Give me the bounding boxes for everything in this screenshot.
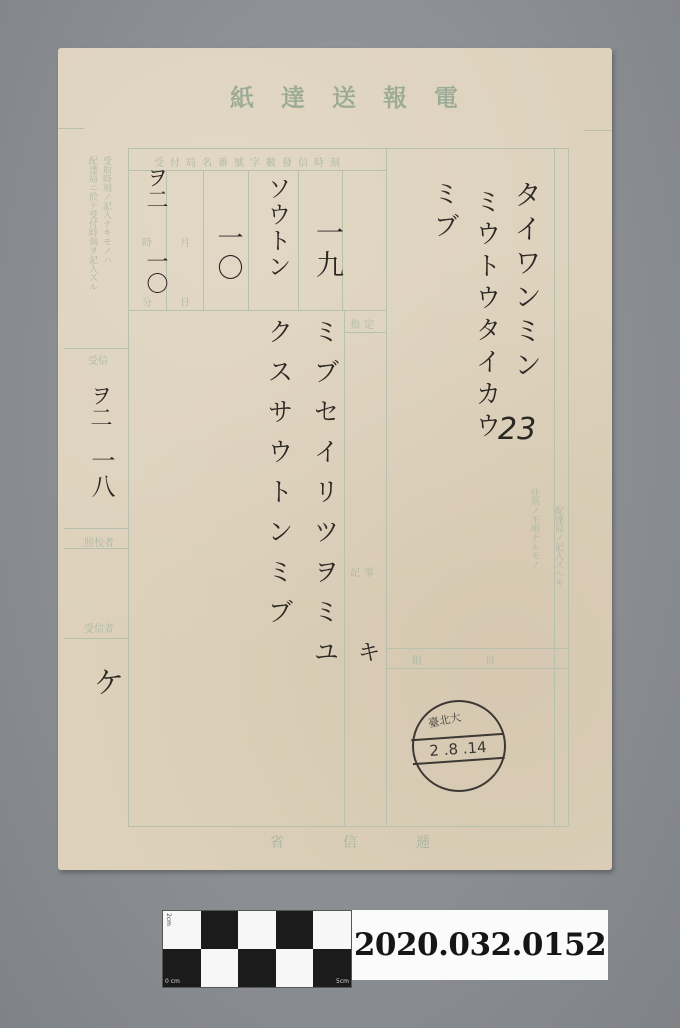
right-panel-note: 住所ノ不明ナルモノ: [528, 488, 539, 608]
handwritten-word-count: 一九: [308, 218, 348, 282]
collation-bottom-line: [64, 548, 128, 549]
title-char: 達: [281, 78, 307, 113]
handwritten-address-number: 23: [498, 412, 536, 447]
handwritten-message-line-2: クスサウトンミブ: [260, 318, 297, 638]
postmark-stamp: 臺北大 2 .8 .14: [412, 700, 506, 792]
handwritten-message-line-1: ミブセイリツヲミユ: [306, 318, 343, 678]
label-designation: 指定: [350, 316, 378, 331]
attachment-bottom-line: [386, 668, 568, 669]
footer-char: 信: [343, 832, 357, 852]
handwritten-address-line-3: ミブ: [426, 180, 463, 244]
photo-scale-bar: 0 cm 5cm 2cm: [162, 910, 352, 988]
label-hour: 時: [142, 234, 152, 249]
label-minute: 分: [142, 294, 152, 309]
header-bottom-line: [128, 310, 386, 311]
handwritten-address-line-2: ミウトウタイカウ: [468, 188, 505, 444]
attachment-top-line: [386, 648, 568, 649]
handwritten-receipt-minute: 一八: [84, 448, 119, 500]
scale-square: [313, 911, 351, 949]
label-month: 月: [180, 234, 190, 249]
scale-square: [238, 949, 276, 987]
form-title: 紙 達 送 報 電: [230, 78, 460, 113]
scale-square: [276, 911, 314, 949]
catalog-number: 2020.032.0152: [354, 927, 606, 963]
designation-line: [344, 332, 386, 333]
frame-top: [128, 148, 568, 149]
scale-square: [201, 911, 239, 949]
title-char: 報: [383, 78, 409, 113]
scale-label-left: 0 cm: [165, 978, 180, 985]
frame-bottom: [128, 826, 568, 827]
handwritten-receiver-mark: ケ: [94, 658, 124, 702]
label-receiver: 受信者: [84, 620, 114, 635]
form-footer: 省 信 逓: [270, 832, 430, 852]
left-margin-instructions: 配達局ニ於テ受付時刻ヲ記入スル: [86, 156, 97, 356]
scale-square: [238, 911, 276, 949]
title-char: 紙: [230, 78, 256, 113]
edge-mark: [58, 128, 84, 129]
scale-square: [201, 949, 239, 987]
handwritten-receipt-hour: ヲ二: [84, 384, 115, 428]
label-attachment: 附 自: [412, 652, 525, 667]
handwritten-address-line-1: タイワンミン: [506, 180, 546, 384]
frame-left: [128, 148, 129, 826]
edge-mark: [584, 130, 612, 131]
address-divider: [386, 148, 387, 826]
postmark-date: 2 .8 .14: [429, 738, 487, 760]
right-inner-line: [554, 148, 555, 826]
scale-label-right: 5cm: [336, 978, 349, 985]
postmark-office: 臺北大: [427, 709, 463, 732]
label-receipt: 受信: [88, 352, 108, 367]
handwritten-send-minute: 一〇: [140, 250, 171, 294]
right-panel-note: 配達局ノ記入スヘキ: [552, 506, 563, 596]
col-line: [203, 170, 204, 310]
scale-label-top: 2cm: [165, 913, 172, 926]
label-collation: 照校者: [84, 534, 114, 549]
footer-char: 逓: [416, 832, 430, 852]
scale-square: [276, 949, 314, 987]
telegram-form-card: 紙 達 送 報 電 受付局名番號字數發信時刻 月 日 時 分 配達局ニ於テ受付時…: [58, 48, 612, 870]
col-line: [298, 170, 299, 310]
footer-char: 省: [270, 832, 284, 852]
postmark-date-band: 2 .8 .14: [411, 733, 505, 765]
handwritten-send-hour: ヲ二: [140, 166, 171, 210]
handwritten-origin-office: ソウトン: [260, 176, 295, 280]
title-char: 電: [434, 78, 460, 113]
handwritten-number: 一〇: [210, 224, 247, 284]
handwritten-remark-mark: キ: [358, 636, 380, 667]
receiver-line: [64, 638, 128, 639]
frame-right: [568, 148, 569, 826]
header-row-label: 受付局名番號字數發信時刻: [154, 154, 346, 169]
label-day: 日: [180, 294, 190, 309]
col-line: [248, 170, 249, 310]
left-margin-instructions: 受取時刻ノ記入ナキモノハ: [100, 156, 111, 356]
catalog-number-label: 2020.032.0152: [352, 910, 608, 980]
remark-col-line: [344, 310, 345, 826]
label-remarks: 記事: [350, 564, 378, 579]
receipt-top-line: [64, 348, 128, 349]
title-char: 送: [332, 78, 358, 113]
collation-line: [64, 528, 128, 529]
